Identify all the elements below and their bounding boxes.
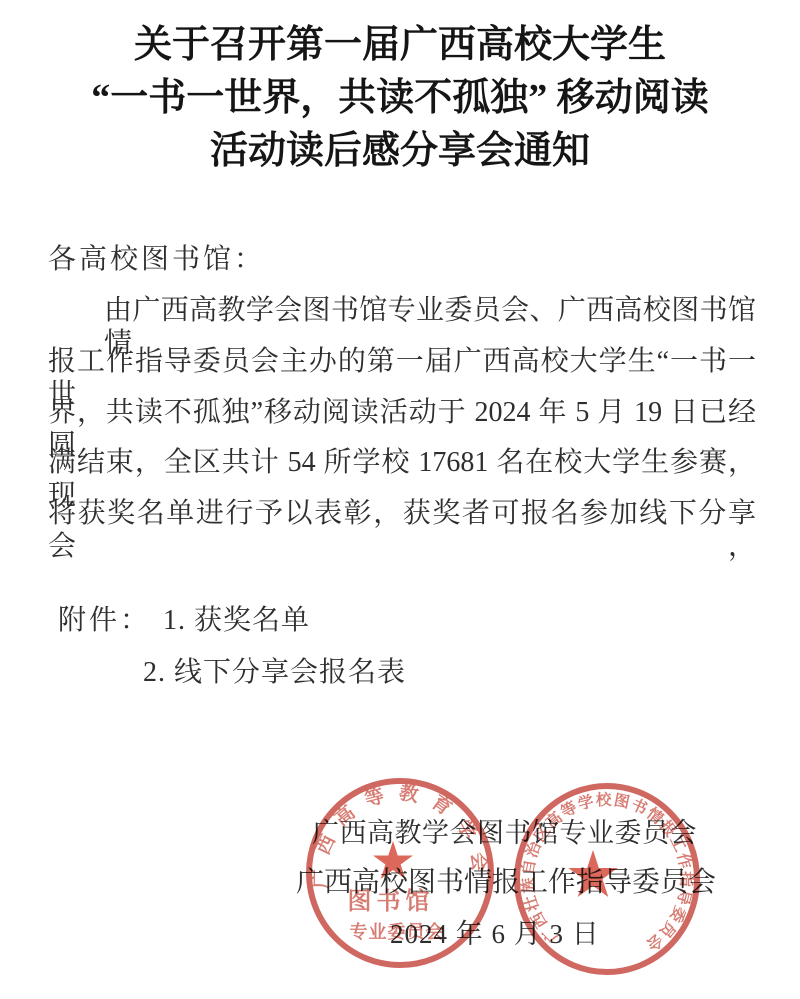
- document-title-line-3: 活动读后感分享会通知: [0, 128, 800, 174]
- notice-document-page: 关于召开第一届广西高校大学生 “一书一世界，共读不孤独” 移动阅读 活动读后感分…: [0, 0, 800, 999]
- seal-left-inner-line-1: 图书馆: [348, 887, 435, 915]
- document-title-line-1: 关于召开第一届广西高校大学生: [0, 22, 800, 68]
- seal-right-border: [517, 786, 697, 972]
- document-title-line-2: “一书一世界，共读不孤独” 移动阅读: [0, 75, 800, 121]
- attachments-label: 附件：: [58, 604, 151, 637]
- official-seal-left: 广西高等教育学会 图书馆 专业委员会: [304, 777, 496, 969]
- salutation: 各高校图书馆：: [48, 243, 265, 276]
- attachment-item-1: 1. 获奖名单: [163, 604, 310, 637]
- paragraph-line-5: 将获奖名单进行予以表彰，获奖者可报名参加线下分享会，: [48, 497, 756, 563]
- seal-left-inner-line-2: 专业委员会: [350, 921, 445, 942]
- star-icon: [568, 850, 617, 897]
- star-icon: [373, 841, 413, 879]
- official-seal-right: 广西壮族自治区高等学校图书情报工作指导委员会: [512, 782, 702, 976]
- attachment-item-2: 2. 线下分享会报名表: [143, 656, 406, 689]
